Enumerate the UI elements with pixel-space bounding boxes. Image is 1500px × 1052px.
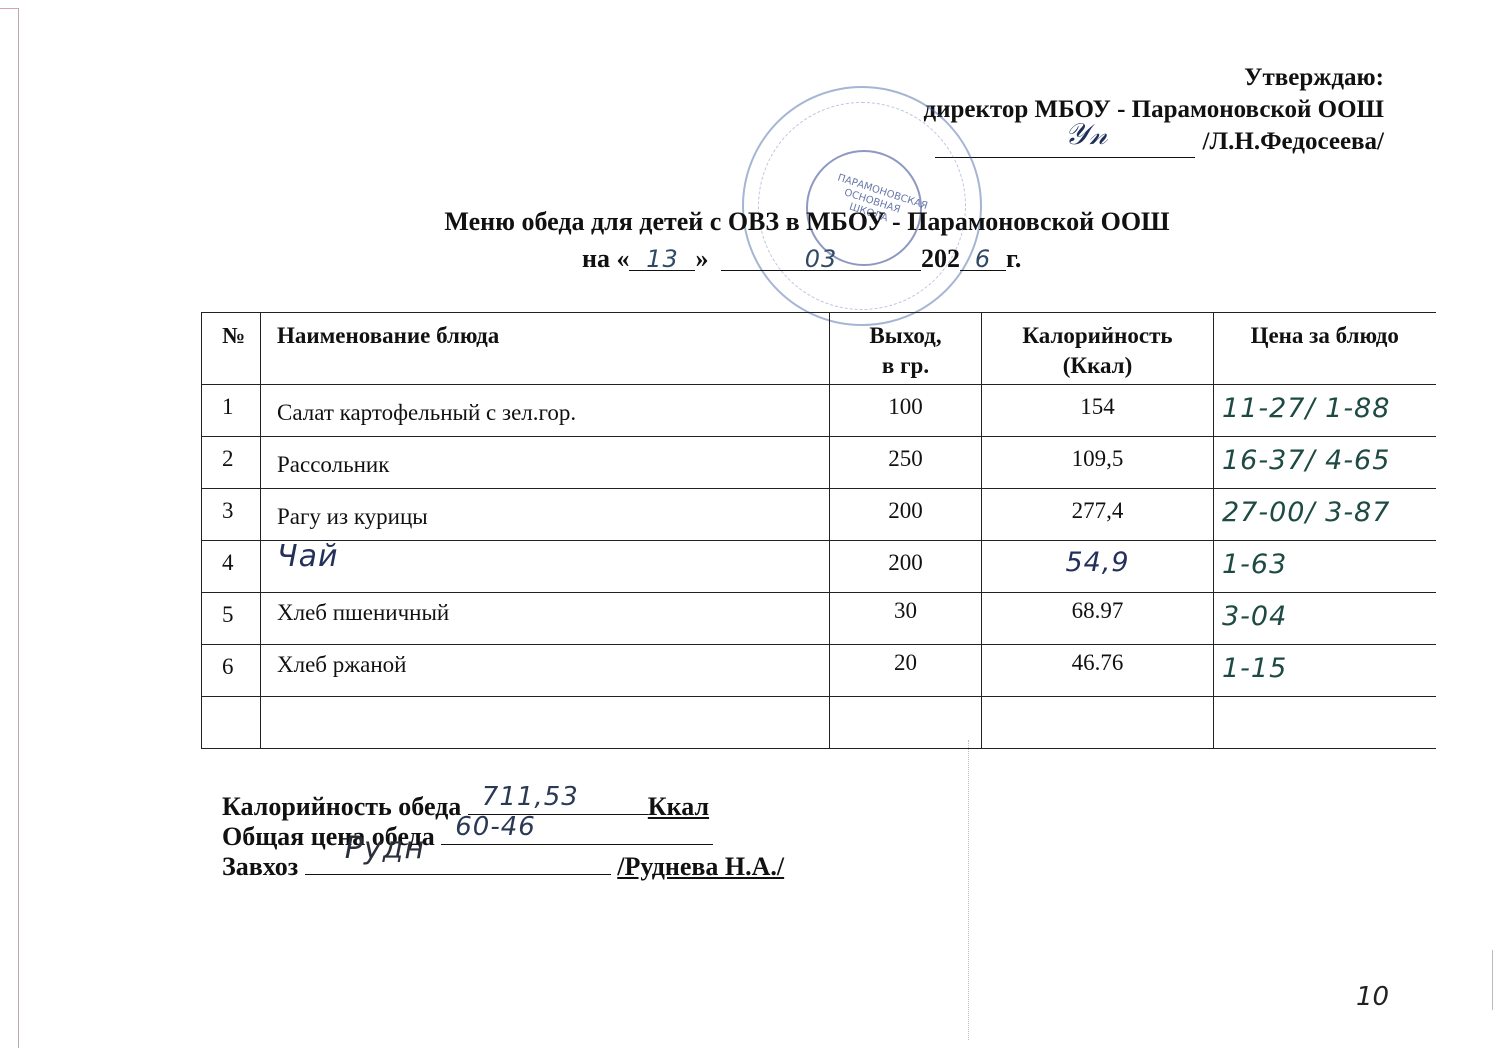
table-header-row: № Наименование блюда Выход,в гр. Калорий… xyxy=(202,313,1436,385)
cell-price: 1-63 xyxy=(1214,541,1436,593)
cell-name: Хлеб ржаной xyxy=(261,645,830,697)
cell-num: 2 xyxy=(202,437,261,489)
approval-block: Утверждаю: директор МБОУ - Парамоновской… xyxy=(923,62,1384,158)
cell-name xyxy=(261,697,830,749)
scan-edge-left xyxy=(18,8,19,1048)
cell-price: 1-15 xyxy=(1214,645,1436,697)
name-handwritten: Чай xyxy=(277,539,338,574)
total-kcal-value: 711,53 xyxy=(482,782,579,812)
price-handwritten: 1-15 xyxy=(1222,653,1287,684)
cell-name: Салат картофельный с зел.гор. xyxy=(261,385,830,437)
menu-table: № Наименование блюда Выход,в гр. Калорий… xyxy=(201,312,1436,749)
manager-label: Завхоз xyxy=(222,852,298,881)
date-prefix: на « xyxy=(582,244,629,273)
cell-kcal: 277,4 xyxy=(982,489,1214,541)
total-kcal-label: Калорийность обеда xyxy=(222,792,461,821)
header-kcal-line1: Калорийность xyxy=(1022,323,1172,348)
total-price-value: 60-46 xyxy=(455,812,536,842)
page-number: 10 xyxy=(1356,982,1389,1012)
director-signature-line: 𝒴𝓃 xyxy=(935,133,1195,158)
cell-price: 3-04 xyxy=(1214,593,1436,645)
manager-signature: Рудн xyxy=(345,834,425,864)
scan-edge-top xyxy=(0,8,19,9)
cell-name: Чай xyxy=(261,541,830,593)
cell-yield: 30 xyxy=(830,593,982,645)
cell-kcal: 154 xyxy=(982,385,1214,437)
price-handwritten: 16-37/ 4-65 xyxy=(1222,445,1390,476)
cell-kcal: 54,9 xyxy=(982,541,1214,593)
date-month: 03 xyxy=(805,245,838,273)
document-title: Меню обеда для детей с ОВЗ в МБОУ - Пара… xyxy=(0,206,1500,238)
total-kcal-field: 711,53 xyxy=(468,788,648,815)
date-year-digit: 6 xyxy=(975,245,991,273)
date-day: 13 xyxy=(646,245,679,273)
director-signature: 𝒴𝓃 xyxy=(1065,119,1109,151)
cell-kcal: 109,5 xyxy=(982,437,1214,489)
header-kcal: Калорийность(Ккал) xyxy=(982,313,1214,385)
cell-yield: 200 xyxy=(830,489,982,541)
total-price-row: Общая цена обеда 60-46 xyxy=(222,818,784,848)
cell-name: Рассольник xyxy=(261,437,830,489)
fold-mark xyxy=(968,740,969,1040)
cell-name: Хлеб пшеничный xyxy=(261,593,830,645)
date-line: на «13» 032026г. xyxy=(582,242,1021,276)
cell-yield: 250 xyxy=(830,437,982,489)
price-handwritten: 3-04 xyxy=(1222,601,1287,632)
cell-price: 11-27/ 1-88 xyxy=(1214,385,1436,437)
date-year-field: 6 xyxy=(960,242,1006,271)
cell-num: 4 xyxy=(202,541,261,593)
totals-block: Калорийность обеда 711,53Ккал Общая цена… xyxy=(222,788,784,878)
header-price: Цена за блюдо xyxy=(1214,313,1436,385)
cell-num: 3 xyxy=(202,489,261,541)
date-year-prefix: 202 xyxy=(921,244,960,273)
table-row: 5 Хлеб пшеничный 30 68.97 3-04 xyxy=(202,593,1436,645)
price-handwritten: 11-27/ 1-88 xyxy=(1222,393,1390,424)
cell-yield: 20 xyxy=(830,645,982,697)
cell-price: 27-00/ 3-87 xyxy=(1214,489,1436,541)
date-quote-close: » xyxy=(695,244,708,273)
cell-num: 6 xyxy=(202,645,261,697)
cell-num: 5 xyxy=(202,593,261,645)
table-row-empty xyxy=(202,697,1436,749)
approval-heading: Утверждаю: xyxy=(923,62,1384,94)
header-name: Наименование блюда xyxy=(261,313,830,385)
cell-kcal: 68.97 xyxy=(982,593,1214,645)
header-yield: Выход,в гр. xyxy=(830,313,982,385)
price-handwritten: 27-00/ 3-87 xyxy=(1222,497,1390,528)
total-price-field: 60-46 xyxy=(441,818,713,845)
date-month-field: 03 xyxy=(721,242,921,271)
table-row: 2 Рассольник 250 109,5 16-37/ 4-65 xyxy=(202,437,1436,489)
header-yield-line2: в гр. xyxy=(882,353,929,378)
scan-edge-right xyxy=(1492,950,1493,1010)
cell-yield: 200 xyxy=(830,541,982,593)
price-handwritten: 1-63 xyxy=(1222,549,1287,580)
cell-price xyxy=(1214,697,1436,749)
cell-num xyxy=(202,697,261,749)
cell-price: 16-37/ 4-65 xyxy=(1214,437,1436,489)
cell-kcal xyxy=(982,697,1214,749)
table-row: 6 Хлеб ржаной 20 46.76 1-15 xyxy=(202,645,1436,697)
header-num: № xyxy=(202,313,261,385)
date-suffix: г. xyxy=(1006,244,1021,273)
approval-signature-row: 𝒴𝓃 /Л.Н.Федосеева/ xyxy=(923,126,1384,158)
date-day-field: 13 xyxy=(629,242,695,271)
director-name: /Л.Н.Федосеева/ xyxy=(1203,128,1384,155)
manager-name: /Руднева Н.А./ xyxy=(617,852,784,881)
table-row: 1 Салат картофельный с зел.гор. 100 154 … xyxy=(202,385,1436,437)
cell-yield xyxy=(830,697,982,749)
cell-name: Рагу из курицы xyxy=(261,489,830,541)
table-row: 4 Чай 200 54,9 1-63 xyxy=(202,541,1436,593)
approval-position: директор МБОУ - Парамоновской ООШ xyxy=(923,94,1384,126)
cell-num: 1 xyxy=(202,385,261,437)
manager-row: Завхоз Рудн /Руднева Н.А./ xyxy=(222,848,784,878)
kcal-handwritten: 54,9 xyxy=(1065,547,1129,578)
cell-kcal: 46.76 xyxy=(982,645,1214,697)
header-yield-line1: Выход, xyxy=(869,323,941,348)
manager-signature-field: Рудн xyxy=(305,848,611,875)
cell-yield: 100 xyxy=(830,385,982,437)
table-row: 3 Рагу из курицы 200 277,4 27-00/ 3-87 xyxy=(202,489,1436,541)
total-kcal-unit: Ккал xyxy=(648,792,709,821)
header-kcal-line2: (Ккал) xyxy=(1063,353,1133,378)
